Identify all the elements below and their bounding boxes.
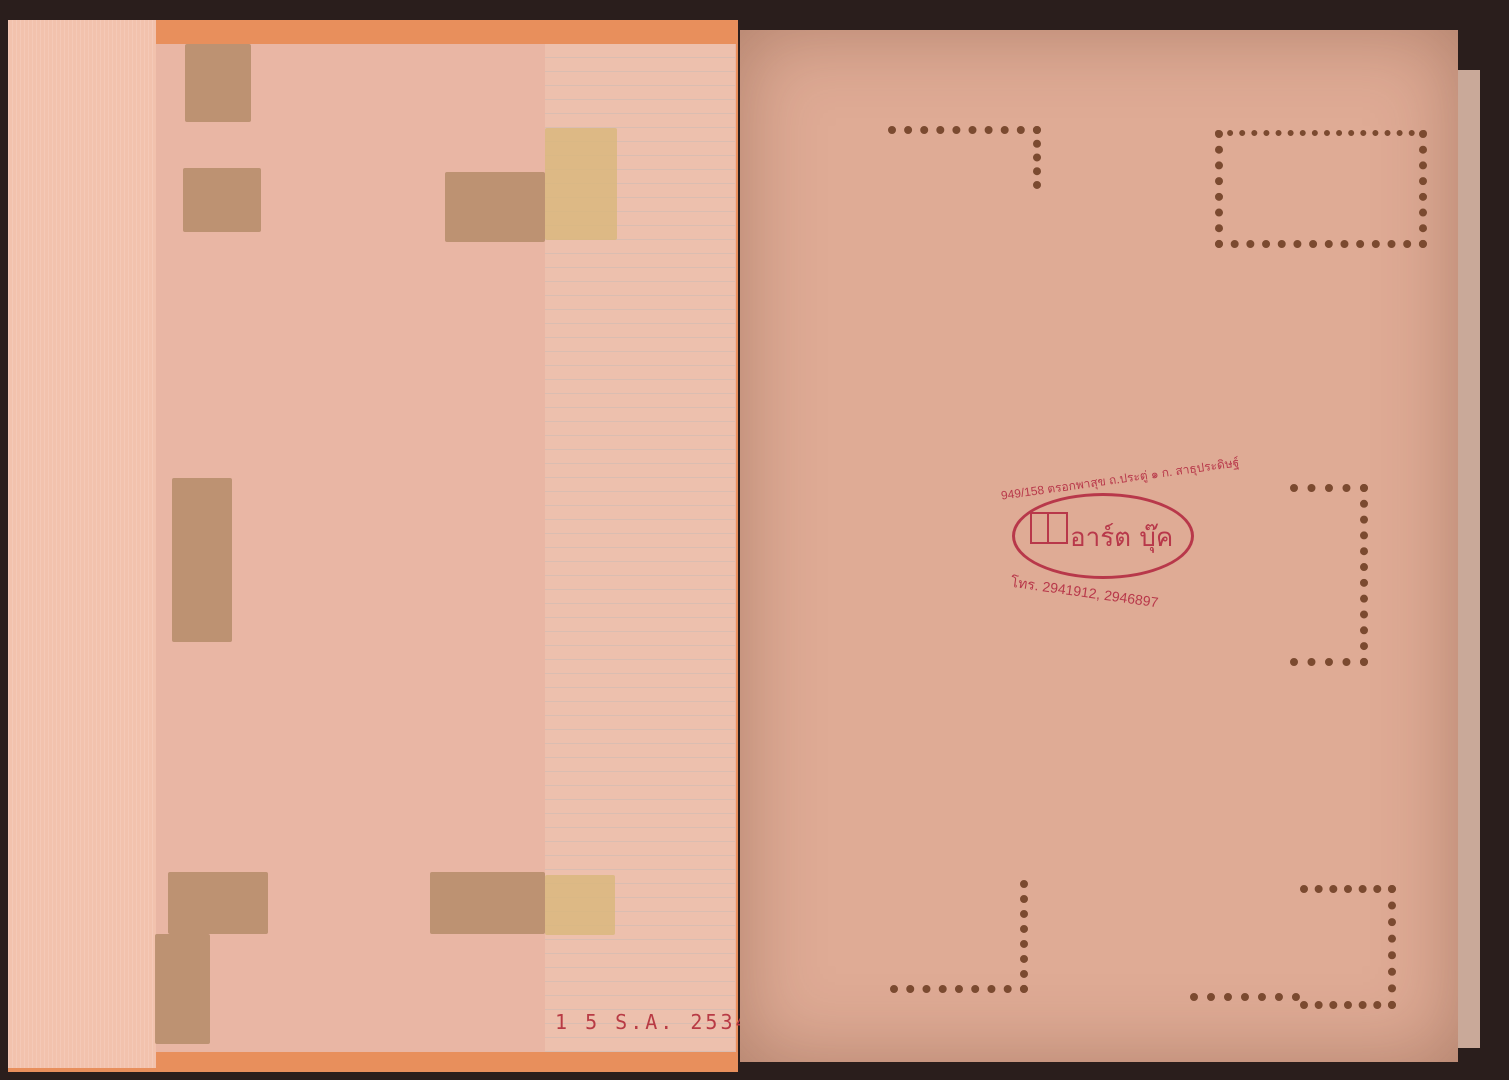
tape-residue bbox=[545, 128, 617, 240]
tape-frame-mark bbox=[1300, 885, 1396, 1009]
tape-residue bbox=[430, 872, 545, 934]
tape-residue bbox=[168, 872, 268, 934]
tape-residue bbox=[183, 168, 261, 232]
tape-residue bbox=[185, 44, 251, 122]
page-block-edge bbox=[1458, 70, 1480, 1048]
tape-residue bbox=[155, 934, 210, 1044]
tape-frame-mark bbox=[1290, 484, 1368, 666]
tape-residue bbox=[545, 875, 615, 935]
tape-residue bbox=[172, 478, 232, 642]
tape-residue bbox=[445, 172, 545, 242]
open-book-icon bbox=[1030, 512, 1068, 544]
tape-frame-mark bbox=[890, 880, 1028, 993]
date-stamp: 1 5 S.A. 2534 bbox=[555, 1010, 751, 1034]
tape-frame-mark bbox=[888, 126, 1041, 189]
tape-frame-mark bbox=[1190, 975, 1300, 1001]
stamp-shop-name: อาร์ต บุ๊ค bbox=[1070, 517, 1173, 558]
flyleaf-edge bbox=[8, 20, 156, 1068]
tape-frame-mark bbox=[1215, 130, 1427, 248]
